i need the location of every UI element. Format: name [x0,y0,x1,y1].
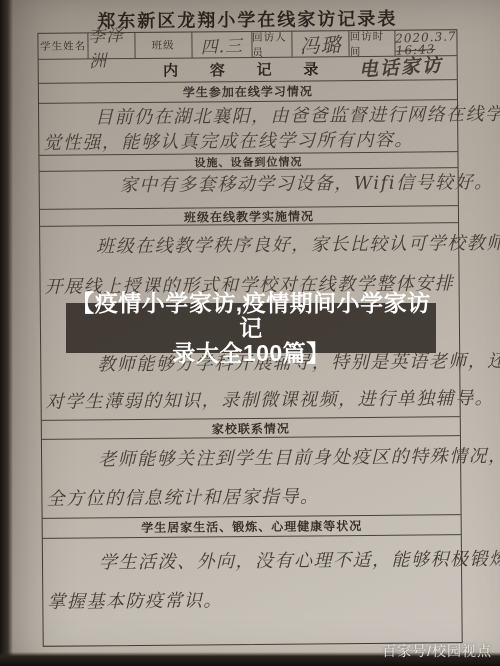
section-body-home-life: 学生活泼、外向，没有心理不适，能够积极锻炼， 掌握基本防疫常识。 [43,535,462,646]
caption-line-1: 【疫情小学家访,疫情期间小学家访记 [66,291,436,341]
visit-time-label-cell: 回访时间 [350,31,396,56]
visitor-label-cell: 回访人员 [252,32,293,57]
section-body-online-learning: 目前仍在湖北襄阳，由爸爸监督进行网络在线学习。学生自 觉性强，能够认真完成在线学… [39,100,457,156]
handwriting-line: 目前仍在湖北襄阳，由爸爸监督进行网络在线学习。学生自 [49,102,449,130]
section-body-home-school-contact: 老师能够关注到学生目前身处疫区的特殊情况，及时做 全方位的信息统计和居家指导。 [42,436,461,519]
visitor-value: 冯璐 [299,28,342,59]
student-name-label: 学生姓名 [40,38,86,53]
section-body-equipment: 家中有多套移动学习设备，Wifi信号较好。 [40,168,458,210]
watermark: 百家号/校园视点 [382,641,492,661]
photographed-document: 郑东新区龙翔小学在线家访记录表 学生姓名 李泽洲 班级 四.三 回访人员 [0,0,500,666]
caption-overlay: 【疫情小学家访,疫情期间小学家访记 录大全100篇】 [66,303,436,353]
photo-left-edge [0,0,13,666]
handwriting-line: 学生活泼、外向，没有心理不适，能够积极锻炼， [53,547,453,575]
class-label: 班级 [152,38,175,53]
handwriting-line: 觉性强，能够认真完成在线学习所有内容。 [43,127,449,156]
student-name-value-cell: 李泽洲 [89,33,136,58]
content-record-title: 内 容 记 录 [163,58,332,80]
handwriting-line: 班级在线教学秩序良好，家长比较认可学校教师认真 [50,231,450,259]
class-value-cell: 四.三 [192,32,252,58]
visitor-label: 回访人员 [252,29,292,59]
handwriting-line: 家中有多套移动学习设备，Wifi信号较好。 [50,170,450,198]
handwriting-line: 老师能够关注到学生目前身处疫区的特殊情况，及时做 [52,444,452,472]
handwriting-line: 全方位的信息统计和居家指导。 [46,483,452,512]
phone-visit-note: 电话家访 [358,50,444,82]
content-record-header-row: 内 容 记 录 电话家访 [39,56,457,84]
handwriting-line: 对学生薄弱的知识，录制微课视频，进行单独辅导。 [45,386,451,415]
student-name-label-cell: 学生姓名 [38,33,88,58]
class-value: 四.三 [200,31,243,58]
visitor-value-cell: 冯璐 [292,31,349,56]
class-label-cell: 班级 [135,32,192,57]
handwriting-line: 掌握基本防疫常识。 [47,586,453,615]
caption-line-2: 录大全100篇】 [172,341,329,366]
